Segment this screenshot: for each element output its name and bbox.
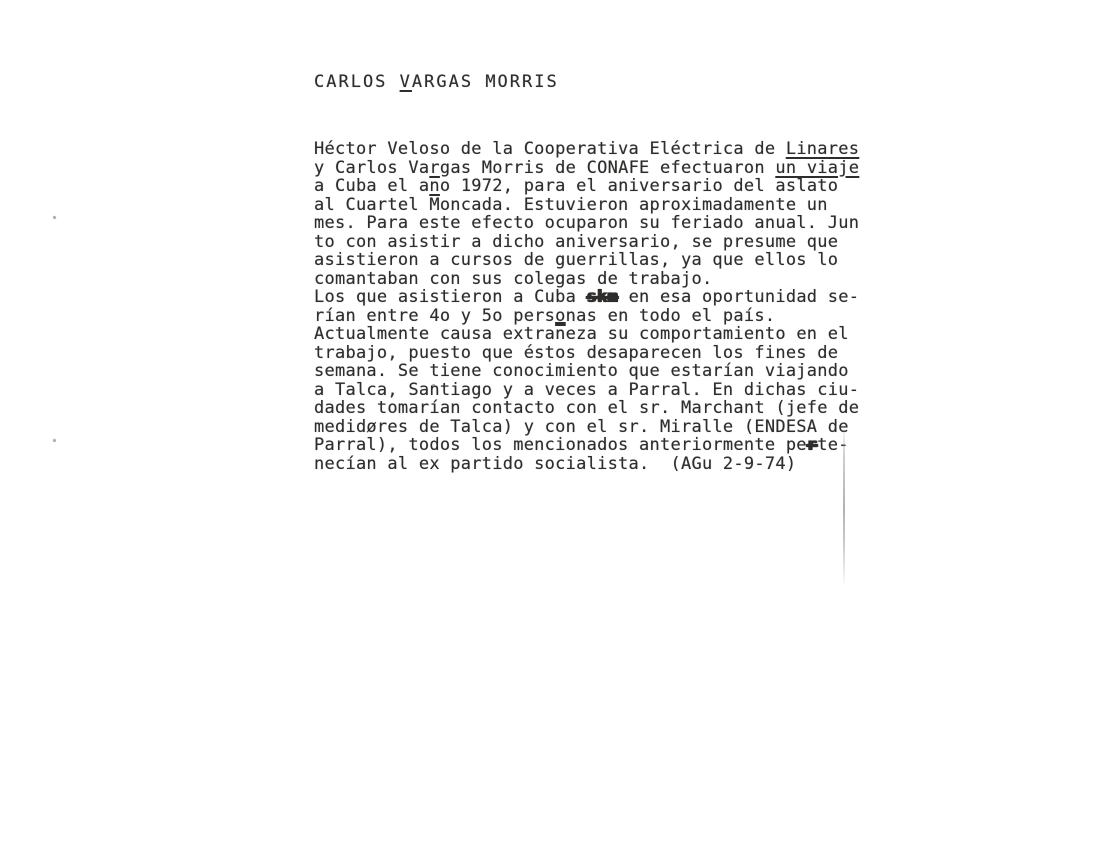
text-segment: Parral), todos los mencionados anteriorm… [314, 435, 807, 455]
text-segment: trabajo, puesto que éstos desaparecen lo… [314, 343, 838, 363]
text-line: asistieron a cursos de guerrillas, ya qu… [314, 251, 859, 270]
text-segment: a Talca, Santiago y a veces a Parral. En… [314, 380, 859, 400]
text-segment: ARGAS MORRIS [412, 72, 559, 92]
text-segment: CARLOS [314, 72, 400, 92]
text-line: Héctor Veloso de la Cooperativa Eléctric… [314, 140, 859, 159]
text-line: Parral), todos los mencionados anteriorm… [314, 436, 859, 455]
text-line: necían al ex partido socialista. (AGu 2-… [314, 455, 859, 474]
text-line: al Cuartel Moncada. Estuvieron aproximad… [314, 196, 859, 215]
text-line: semana. Se tiene conocimiento que estarí… [314, 362, 859, 381]
text-segment: nas en todo el país. [566, 306, 776, 326]
text-segment: y Carlos Va [314, 158, 429, 178]
text-segment-u: un viaje [775, 158, 859, 178]
text-segment: to con asistir a dicho aniversario, se p… [314, 232, 838, 252]
text-line: Actualmente causa extraneza su comportam… [314, 325, 859, 344]
text-line: dades tomarían contacto con el sr. March… [314, 399, 859, 418]
text-segment: mes. Para este efecto ocuparon su feriad… [314, 213, 859, 233]
text-segment-u: n [429, 176, 440, 196]
text-segment: asistieron a cursos de guerrillas, ya qu… [314, 250, 838, 270]
text-segment: o 1972, para el aniversario del aslato [440, 176, 838, 196]
scan-speck [432, 384, 435, 387]
text-line: comantaban con sus colegas de trabajo. [314, 270, 859, 289]
text-line: mes. Para este efecto ocuparon su feriad… [314, 214, 859, 233]
scan-artifact-line [843, 425, 845, 585]
text-segment: en esa oportunidad se- [618, 287, 859, 307]
text-segment: medidøres de Talca) y con el sr. Miralle… [314, 417, 849, 437]
text-segment-u: Linares [786, 139, 859, 159]
text-segment-u: V [400, 72, 412, 92]
text-segment: Héctor Veloso de la Cooperativa Eléctric… [314, 139, 786, 159]
text-line: a Cuba el ano 1972, para el aniversario … [314, 177, 859, 196]
text-segment: rían entre 4o y 5o pers [314, 306, 555, 326]
scan-speck [53, 216, 56, 219]
text-line: to con asistir a dicho aniversario, se p… [314, 233, 859, 252]
text-segment-u: o [555, 306, 566, 326]
text-line: medidøres de Talca) y con el sr. Miralle… [314, 418, 859, 437]
text-segment: dades tomarían contacto con el sr. March… [314, 398, 859, 418]
document-title: CARLOS VARGAS MORRIS [314, 73, 859, 91]
document-body: Héctor Veloso de la Cooperativa Eléctric… [314, 140, 859, 473]
text-line: rían entre 4o y 5o personas en todo el p… [314, 307, 859, 326]
text-segment: semana. Se tiene conocimiento que estarí… [314, 361, 849, 381]
text-segment: a Cuba el a [314, 176, 429, 196]
text-line: y Carlos Vargas Morris de CONAFE efectua… [314, 159, 859, 178]
text-segment: necían al ex partido socialista. (AGu 2-… [314, 454, 796, 474]
text-segment-x: r [807, 435, 818, 455]
text-segment: eza su comportamiento en el [566, 324, 849, 344]
document-text-block: CARLOS VARGAS MORRIS Héctor Veloso de la… [314, 33, 859, 513]
text-segment-o: n [555, 324, 566, 344]
text-line: trabajo, puesto que éstos desaparecen lo… [314, 344, 859, 363]
scan-speck [53, 439, 56, 442]
text-segment: comantaban con sus colegas de trabajo. [314, 269, 712, 289]
text-line: a Talca, Santiago y a veces a Parral. En… [314, 381, 859, 400]
scanned-document-page: CARLOS VARGAS MORRIS Héctor Veloso de la… [0, 0, 1100, 850]
text-segment: gas Morris de CONAFE efectuaron [440, 158, 776, 178]
text-line: Los que asistieron a Cuba skm en esa opo… [314, 288, 859, 307]
text-segment-u: r [429, 158, 440, 178]
text-segment: Los que asistieron a Cuba [314, 287, 587, 307]
text-segment: Actualmente causa extra [314, 324, 555, 344]
text-segment: al Cuartel Moncada. Estuvieron aproximad… [314, 195, 828, 215]
text-segment-x: skm [587, 287, 618, 307]
